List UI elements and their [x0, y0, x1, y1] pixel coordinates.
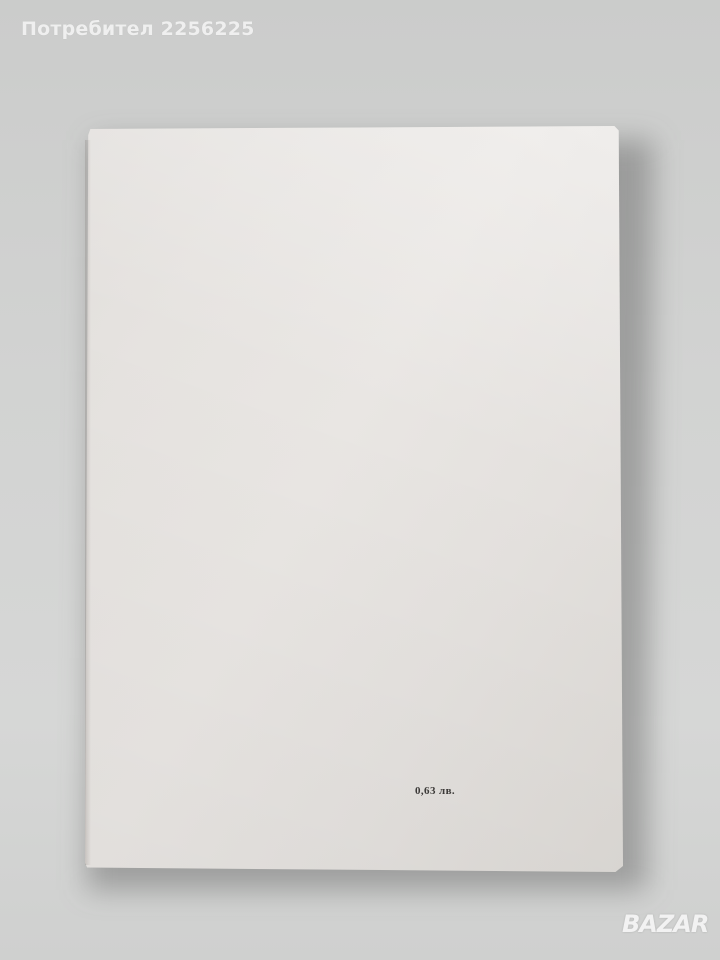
price-label: 0,63 лв.: [415, 785, 455, 797]
book-edge: [85, 140, 91, 865]
seller-watermark: Потребител 2256225: [21, 18, 255, 40]
bazar-logo: BAZAR: [622, 910, 708, 938]
book-back-cover: [85, 126, 623, 872]
